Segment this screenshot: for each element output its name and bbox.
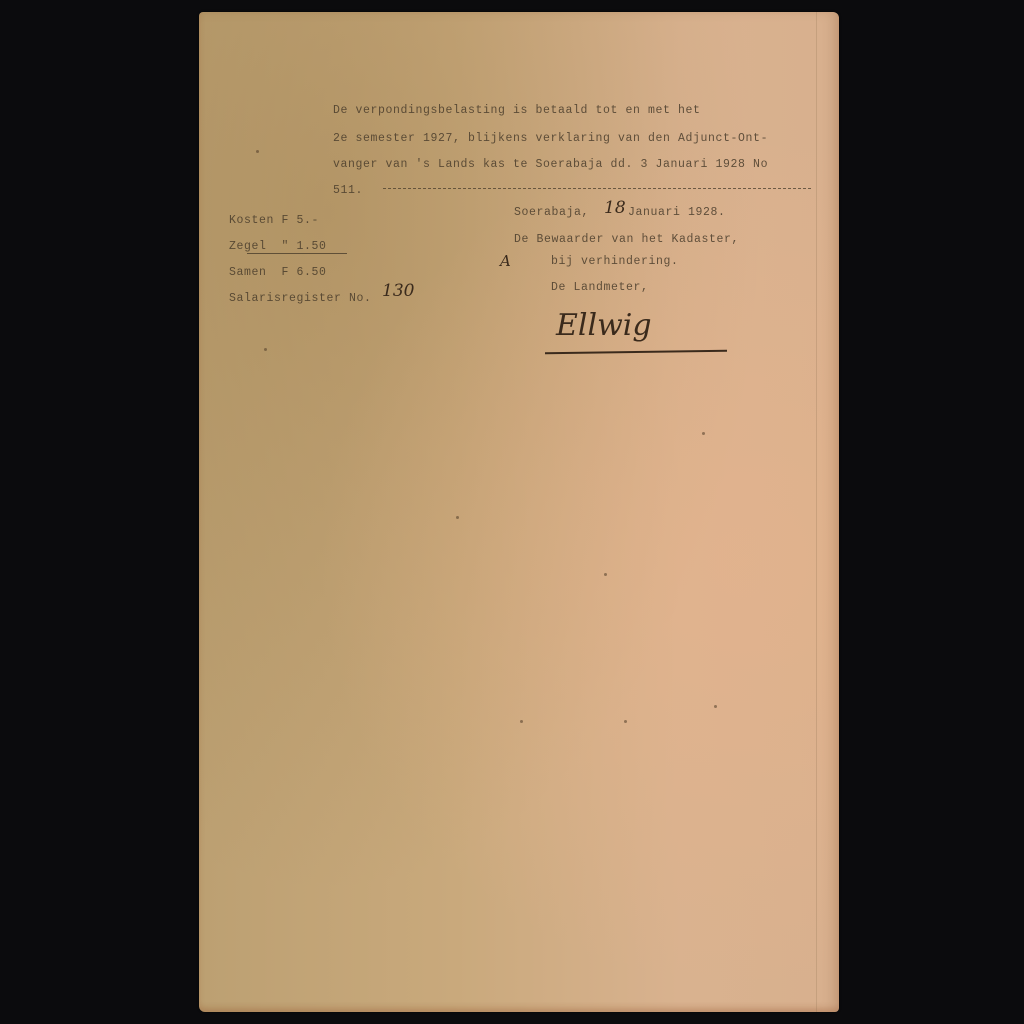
paper-speck [520, 720, 523, 723]
zegel-line: Zegel " 1.50 [229, 240, 327, 253]
paper-speck [702, 432, 705, 435]
dashed-rule [383, 188, 811, 189]
register-number-handwritten: 130 [382, 281, 414, 301]
paragraph-line-4: 511. [333, 184, 363, 197]
zegel-underline [247, 253, 347, 254]
paper-speck [456, 516, 459, 519]
date-suffix: Januari 1928. [628, 206, 726, 219]
verhindering-line: bij verhindering. [551, 255, 679, 268]
paper-speck [264, 348, 267, 351]
register-label: Salarisregister No. [229, 292, 372, 305]
paragraph-line-3: vanger van 's Lands kas te Soerabaja dd.… [333, 158, 768, 171]
bewaarder-line: De Bewaarder van het Kadaster, [514, 233, 739, 246]
paper-speck [624, 720, 627, 723]
day-handwritten: 18 [604, 198, 626, 218]
landmeter-line: De Landmeter, [551, 281, 649, 294]
paragraph-line-1: De verpondingsbelasting is betaald tot e… [333, 104, 701, 117]
paper-speck [714, 705, 717, 708]
page-fold-line [816, 12, 817, 1012]
kosten-line: Kosten F 5.- [229, 214, 319, 227]
paper-speck [604, 573, 607, 576]
signature: Ellwig [556, 308, 652, 343]
paragraph-line-2: 2e semester 1927, blijkens verklaring va… [333, 132, 768, 145]
samen-line: Samen F 6.50 [229, 266, 327, 279]
paper-speck [256, 150, 259, 153]
place-prefix: Soerabaja, [514, 206, 589, 219]
margin-mark: A [500, 252, 511, 270]
